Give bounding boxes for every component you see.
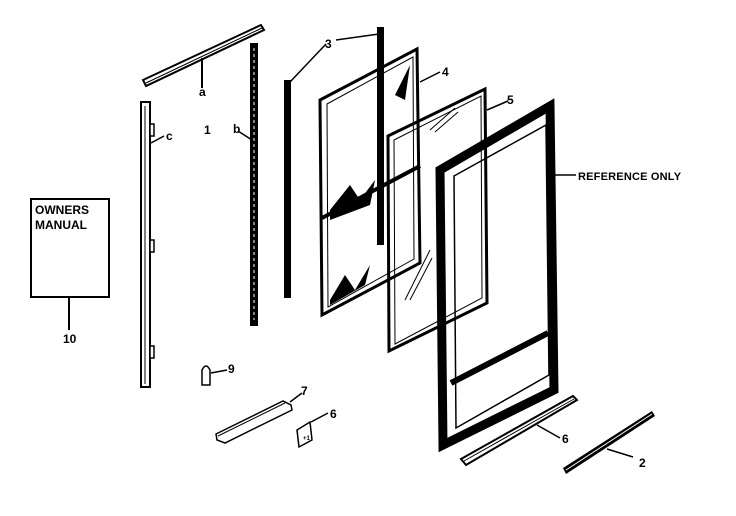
reference-only-note: REFERENCE ONLY [578, 171, 682, 183]
callout-7: 6 [330, 407, 337, 421]
callout-c: c [166, 129, 173, 143]
insert-panel-part: 4 [320, 49, 449, 315]
owners-manual-part: OWNERS MANUAL 10 [31, 199, 109, 346]
bar-part: 7 [216, 384, 308, 443]
callout-6-bar: 7 [301, 384, 308, 398]
manual-title-line2: MANUAL [35, 218, 87, 232]
glass-panel-part: 5 [388, 89, 514, 351]
clip-part: +1 6 [297, 407, 337, 447]
manual-title-line1: OWNERS [35, 203, 89, 217]
door-frame-reference: REFERENCE ONLY [440, 106, 682, 445]
clip-marking: +1 [303, 436, 311, 442]
latch-side-rail-part: c [141, 102, 173, 387]
hinge-strip-part: b [233, 43, 258, 326]
callout-1: 1 [204, 123, 211, 137]
callout-3: 4 [442, 65, 449, 79]
callout-2: 3 [325, 37, 332, 51]
storm-door-parts-diagram: OWNERS MANUAL 10 a c 1 b 3 [0, 0, 736, 516]
callout-a: a [199, 85, 206, 99]
callout-b: b [233, 122, 240, 136]
callout-5: 6 [562, 432, 569, 446]
expander-strips-part: 3 [284, 27, 384, 298]
bottom-expander-part: 2 [563, 411, 655, 474]
callout-10: 10 [63, 332, 77, 346]
callout-9: 9 [228, 362, 235, 376]
top-rail-part: a [143, 25, 264, 99]
callout-4: 5 [507, 93, 514, 107]
callout-6-expander: 2 [639, 456, 646, 470]
cap-part: 9 [202, 362, 235, 385]
